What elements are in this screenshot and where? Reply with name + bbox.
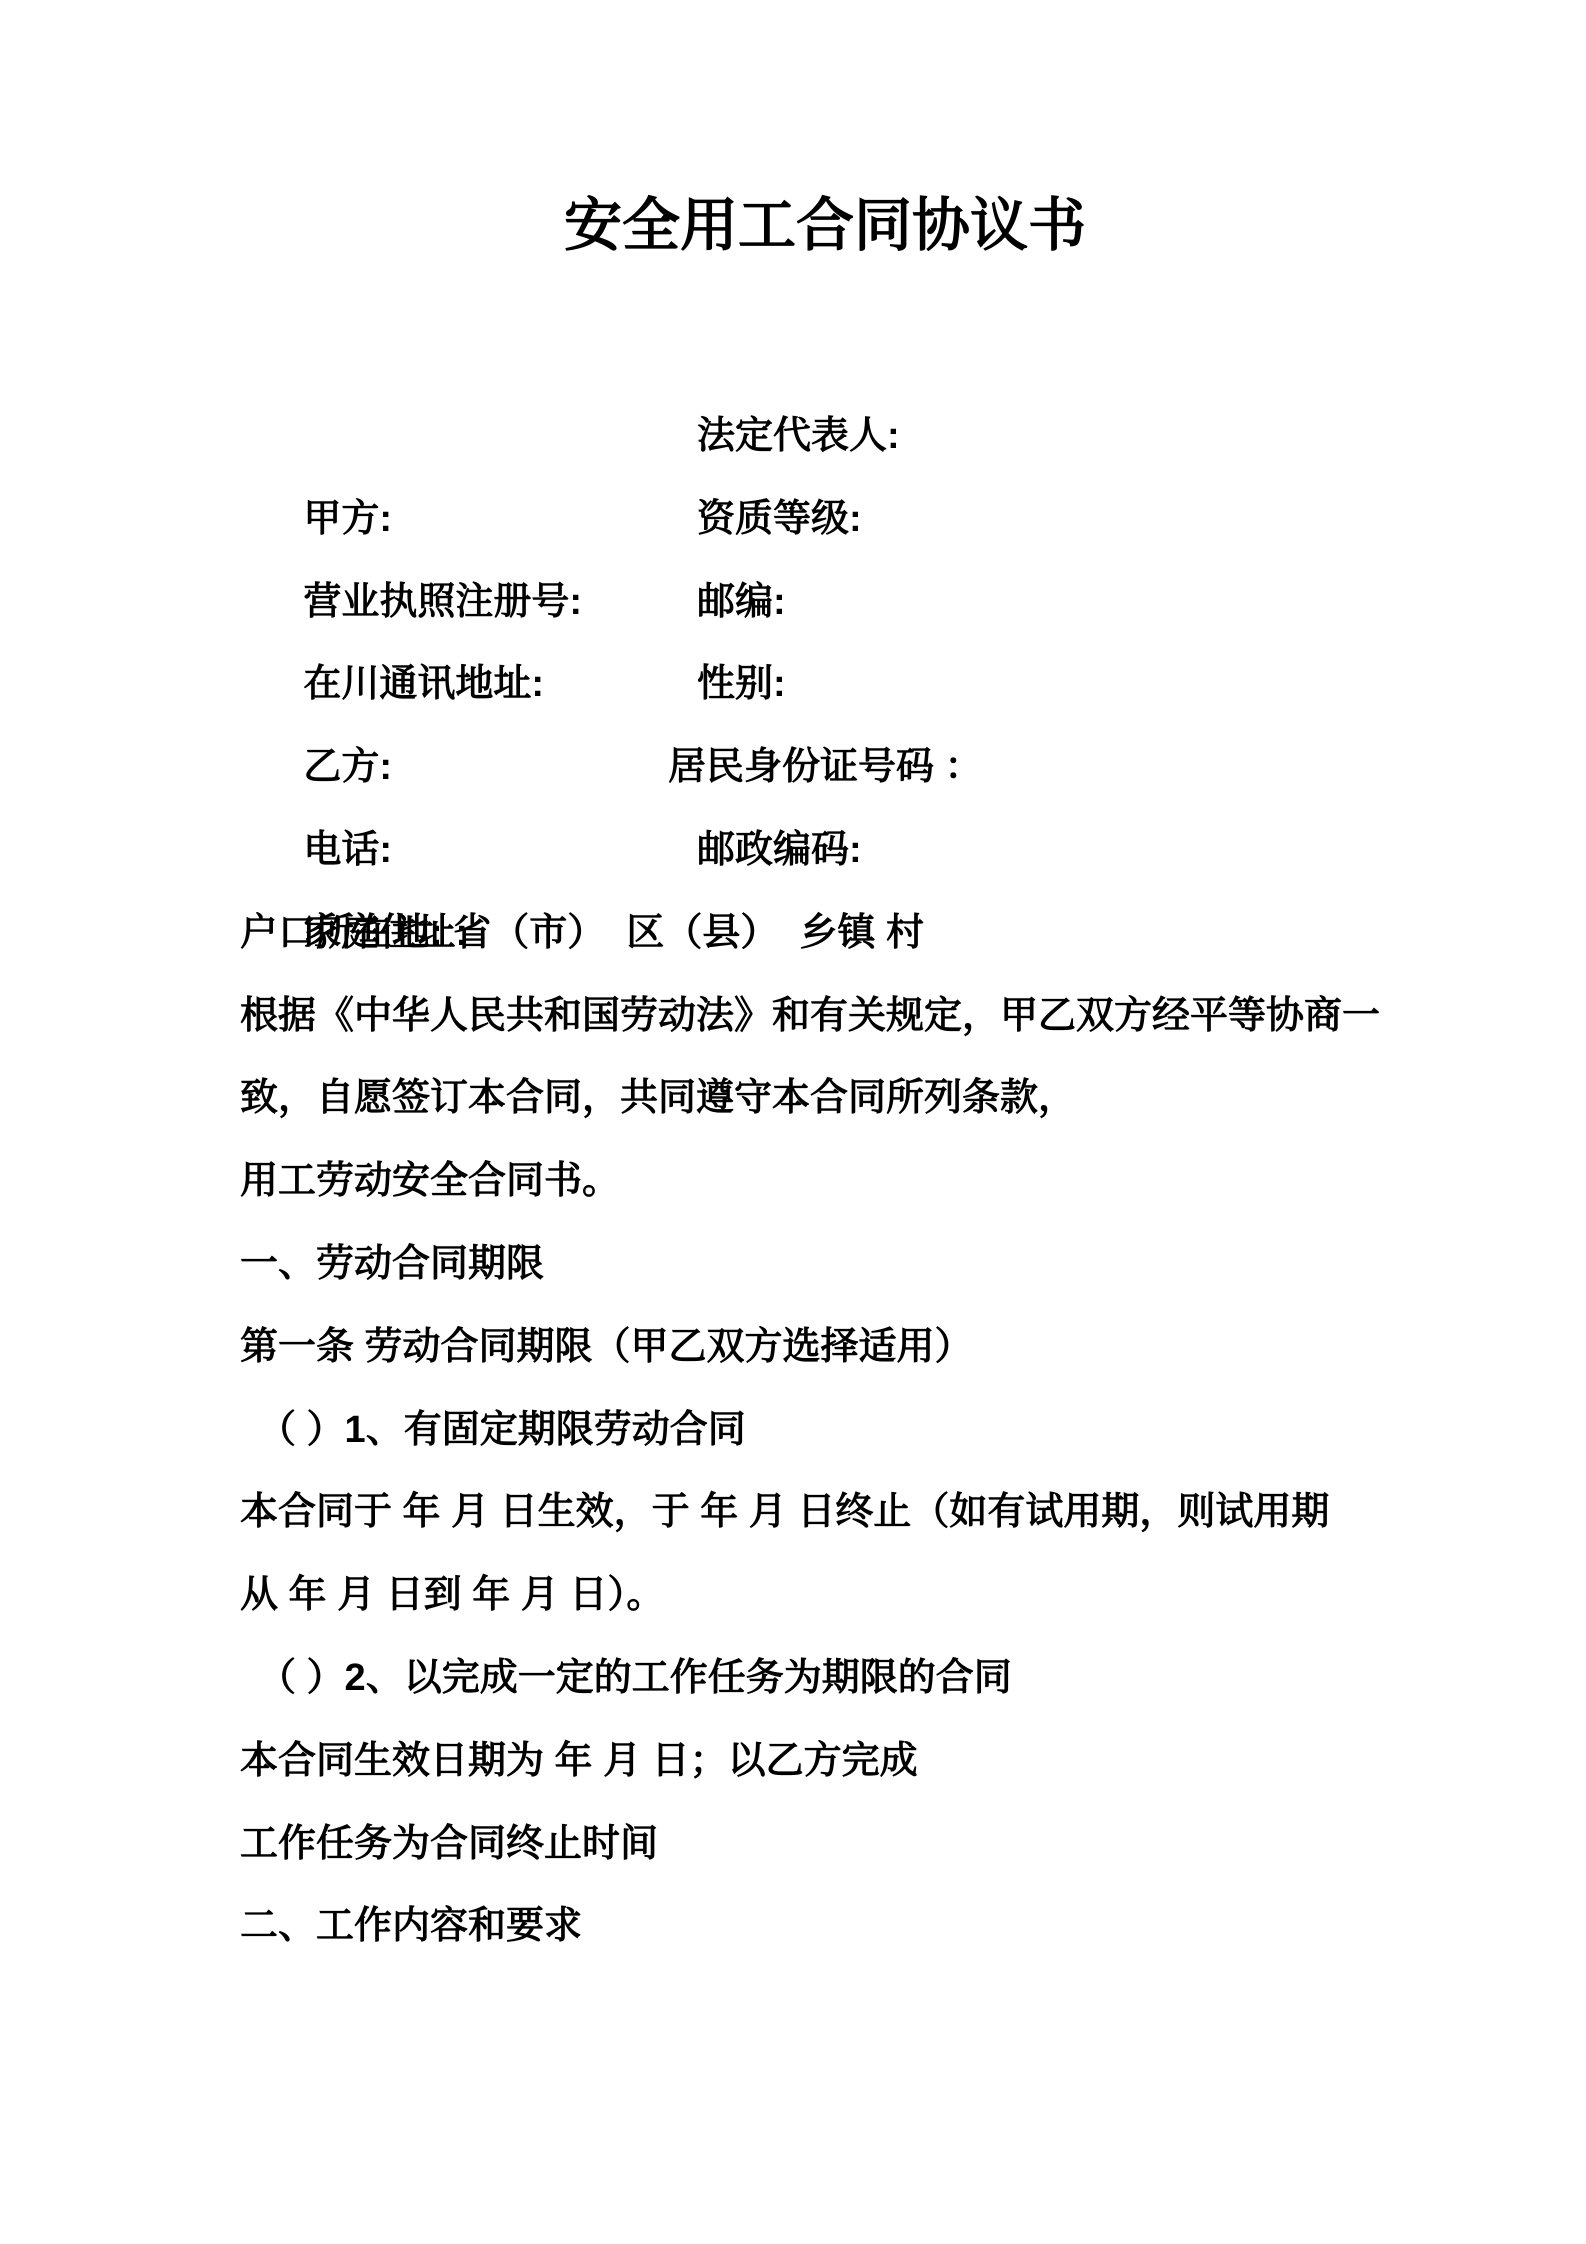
task-term-line-2: 工作任务为合同终止时间 xyxy=(240,1803,1460,1886)
form-row-party-a: 甲方: 法定代表人: xyxy=(240,395,1460,478)
gender-label: 性别: xyxy=(697,643,786,726)
preamble-line-2: 致，自愿签订本合同，共同遵守本合同所列条款， xyxy=(240,1057,1460,1140)
option-1-line: （ ）1、有固定期限劳动合同 xyxy=(240,1389,1460,1472)
form-row-address: 在川通讯地址: 邮编: xyxy=(240,561,1460,644)
id-number-label: 居民身份证号码 ： xyxy=(668,726,983,809)
qualification-level-label: 资质等级: xyxy=(697,478,862,561)
form-row-home-address: 家庭住址: 邮政编码: xyxy=(240,809,1460,892)
document-title: 安全用工合同协议书 xyxy=(240,190,1410,263)
fixed-term-line-1: 本合同于 年 月 日生效，于 年 月 日终止（如有试用期，则试用期 xyxy=(240,1471,1460,1554)
document-body: 甲方: 法定代表人: 营业执照注册号: 资质等级: 在川通讯地址: 邮编: 乙方… xyxy=(240,395,1460,1968)
form-row-phone: 电话: 居民身份证号码 ： xyxy=(240,726,1460,809)
preamble-line-3: 用工劳动安全合同书。 xyxy=(240,1140,1460,1223)
section-1-heading: 一、劳动合同期限 xyxy=(240,1223,1460,1306)
contract-document-page: 安全用工合同协议书 甲方: 法定代表人: 营业执照注册号: 资质等级: 在川通讯… xyxy=(0,0,1586,2244)
form-row-license: 营业执照注册号: 资质等级: xyxy=(240,478,1460,561)
option-2-line: （ ）2、以完成一定的工作任务为期限的合同 xyxy=(240,1637,1460,1720)
postal-code-label: 邮政编码: xyxy=(697,809,862,892)
legal-representative-label: 法定代表人: xyxy=(697,395,900,478)
preamble-line-1: 根据《中华人民共和国劳动法》和有关规定，甲乙双方经平等协商一 xyxy=(240,975,1460,1058)
fixed-term-line-2: 从 年 月 日到 年 月 日）。 xyxy=(240,1554,1460,1637)
section-2-heading: 二、工作内容和要求 xyxy=(240,1885,1460,1968)
form-row-party-b: 乙方: 性别: xyxy=(240,643,1460,726)
zip-short-label: 邮编: xyxy=(697,561,786,644)
hukou-location-line: 户口所在地: 省（市） 区（县） 乡镇 村 xyxy=(240,892,1460,975)
article-1-heading: 第一条 劳动合同期限（甲乙双方选择适用） xyxy=(240,1306,1460,1389)
task-term-line-1: 本合同生效日期为 年 月 日；以乙方完成 xyxy=(240,1720,1460,1803)
